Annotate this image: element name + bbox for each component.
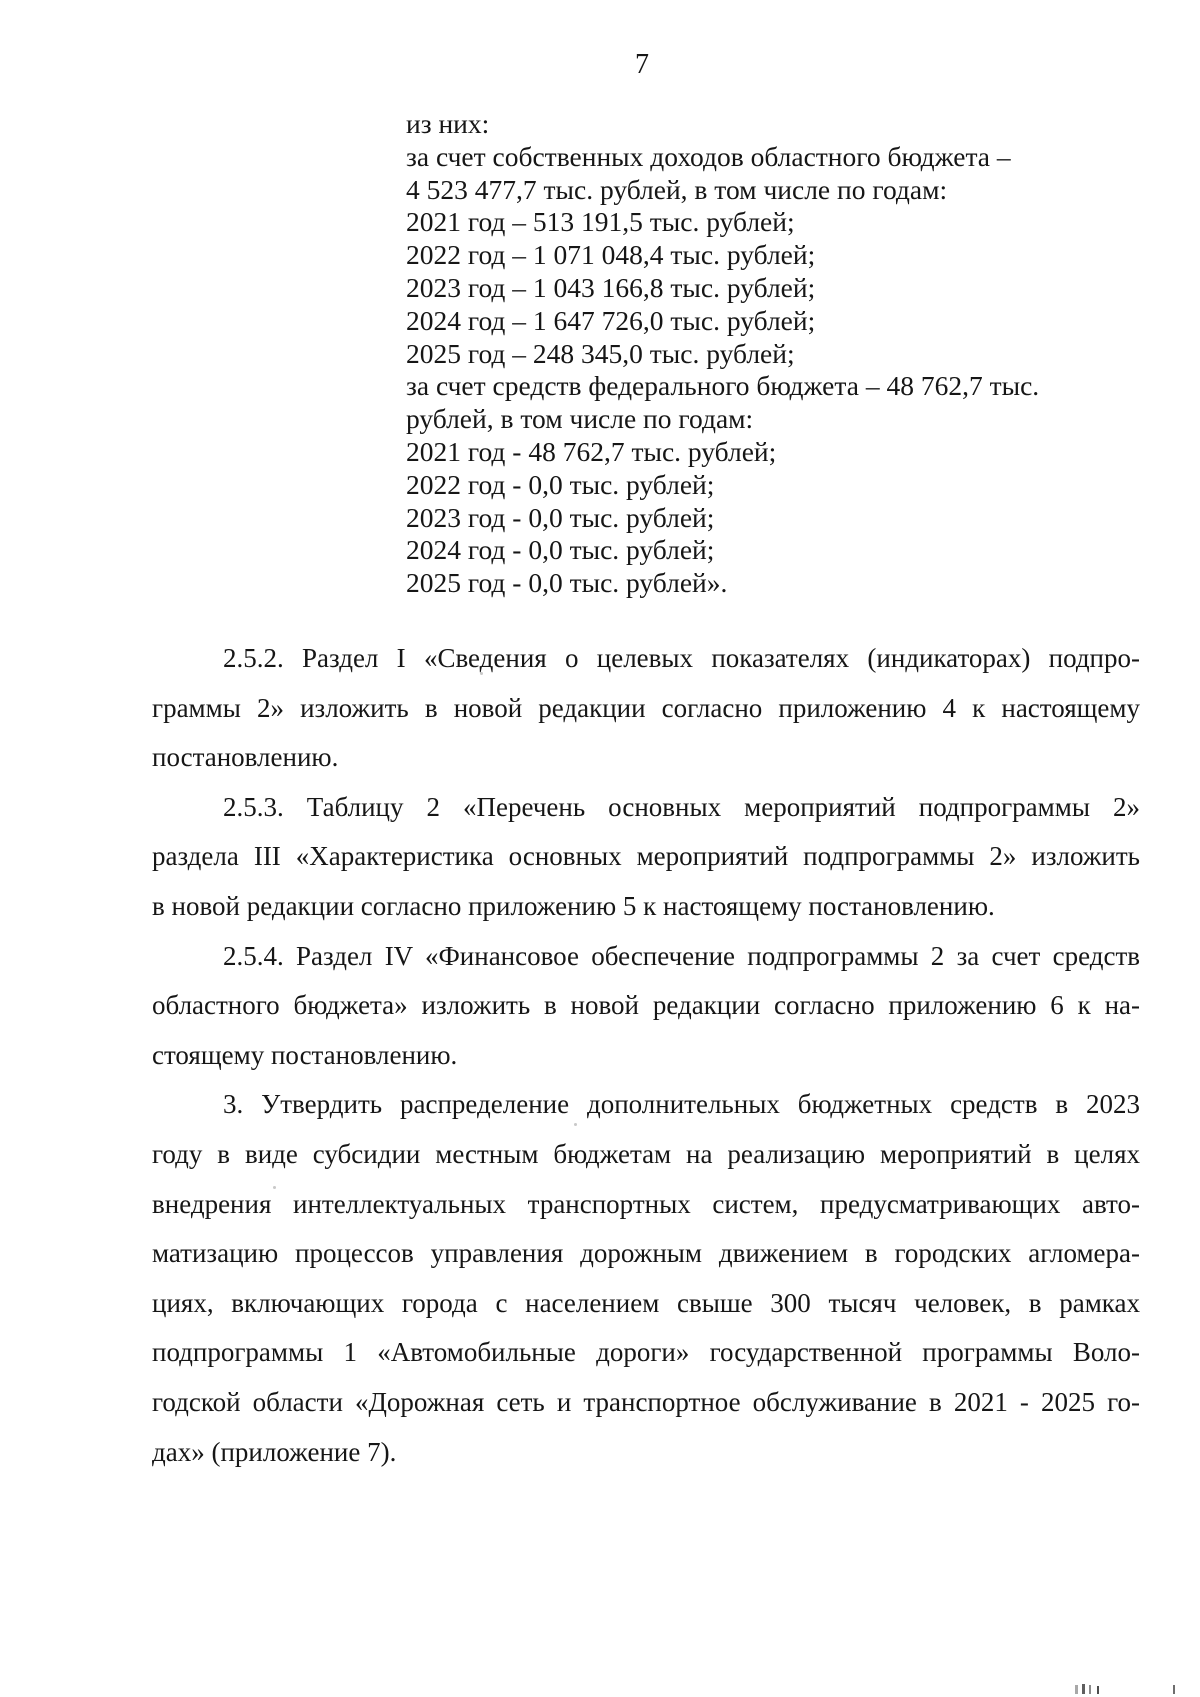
- scan-tick-mark: [1097, 1686, 1099, 1694]
- body-line: матизацию процессов управления дорожным …: [152, 1229, 1140, 1279]
- scan-speck: [574, 1123, 577, 1126]
- scan-speck: [480, 672, 483, 675]
- body-line: году в виде субсидии местным бюджетам на…: [152, 1130, 1140, 1180]
- body-line: 2.5.3. Таблицу 2 «Перечень основных меро…: [152, 783, 1140, 833]
- quote-line: 2021 год - 48 762,7 тыс. рублей;: [406, 436, 1106, 469]
- scan-tick-mark: [1082, 1684, 1085, 1694]
- body-line: в новой редакции согласно приложению 5 к…: [152, 882, 1140, 932]
- quote-line: 2024 год - 0,0 тыс. рублей;: [406, 534, 1106, 567]
- body-line: граммы 2» изложить в новой редакции согл…: [152, 684, 1140, 734]
- quote-line: за счет собственных доходов областного б…: [406, 141, 1106, 174]
- body-line: областного бюджета» изложить в новой ред…: [152, 981, 1140, 1031]
- body-line: 2.5.4. Раздел IV «Финансовое обеспечение…: [152, 932, 1140, 982]
- body-line: 2.5.2. Раздел I «Сведения о целевых пока…: [152, 634, 1140, 684]
- body-line: циях, включающих города с населением свы…: [152, 1279, 1140, 1329]
- body-line: дах» (приложение 7).: [152, 1428, 1140, 1478]
- quote-block: из них:за счет собственных доходов облас…: [406, 108, 1106, 600]
- quote-line: 2024 год – 1 647 726,0 тыс. рублей;: [406, 305, 1106, 338]
- quote-line: 2023 год - 0,0 тыс. рублей;: [406, 502, 1106, 535]
- body-line: стоящему постановлению.: [152, 1031, 1140, 1081]
- body-line: 3. Утвердить распределение дополнительны…: [152, 1080, 1140, 1130]
- body-paragraphs: 2.5.2. Раздел I «Сведения о целевых пока…: [152, 634, 1140, 1477]
- quote-line: 4 523 477,7 тыс. рублей, в том числе по …: [406, 174, 1106, 207]
- body-line: внедрения интеллектуальных транспортных …: [152, 1180, 1140, 1230]
- body-line: раздела III «Характеристика основных мер…: [152, 832, 1140, 882]
- quote-line: за счет средств федерального бюджета – 4…: [406, 370, 1106, 403]
- quote-line: рублей, в том числе по годам:: [406, 403, 1106, 436]
- quote-line: 2022 год – 1 071 048,4 тыс. рублей;: [406, 239, 1106, 272]
- document-page: 7 из них:за счет собственных доходов обл…: [0, 0, 1200, 1697]
- body-line: подпрограммы 1 «Автомобильные дороги» го…: [152, 1328, 1140, 1378]
- scan-speck: [273, 1186, 276, 1189]
- body-line: постановлению.: [152, 733, 1140, 783]
- quote-line: 2025 год - 0,0 тыс. рублей».: [406, 567, 1106, 600]
- quote-line: 2025 год – 248 345,0 тыс. рублей;: [406, 338, 1106, 371]
- scan-tick-mark: [1075, 1685, 1078, 1694]
- scan-tick-mark: [1173, 1685, 1175, 1694]
- quote-line: 2023 год – 1 043 166,8 тыс. рублей;: [406, 272, 1106, 305]
- quote-line: 2021 год – 513 191,5 тыс. рублей;: [406, 206, 1106, 239]
- page-number: 7: [620, 50, 664, 80]
- scan-tick-mark: [1089, 1685, 1091, 1694]
- body-line: годской области «Дорожная сеть и транспо…: [152, 1378, 1140, 1428]
- quote-line: 2022 год - 0,0 тыс. рублей;: [406, 469, 1106, 502]
- quote-line: из них:: [406, 108, 1106, 141]
